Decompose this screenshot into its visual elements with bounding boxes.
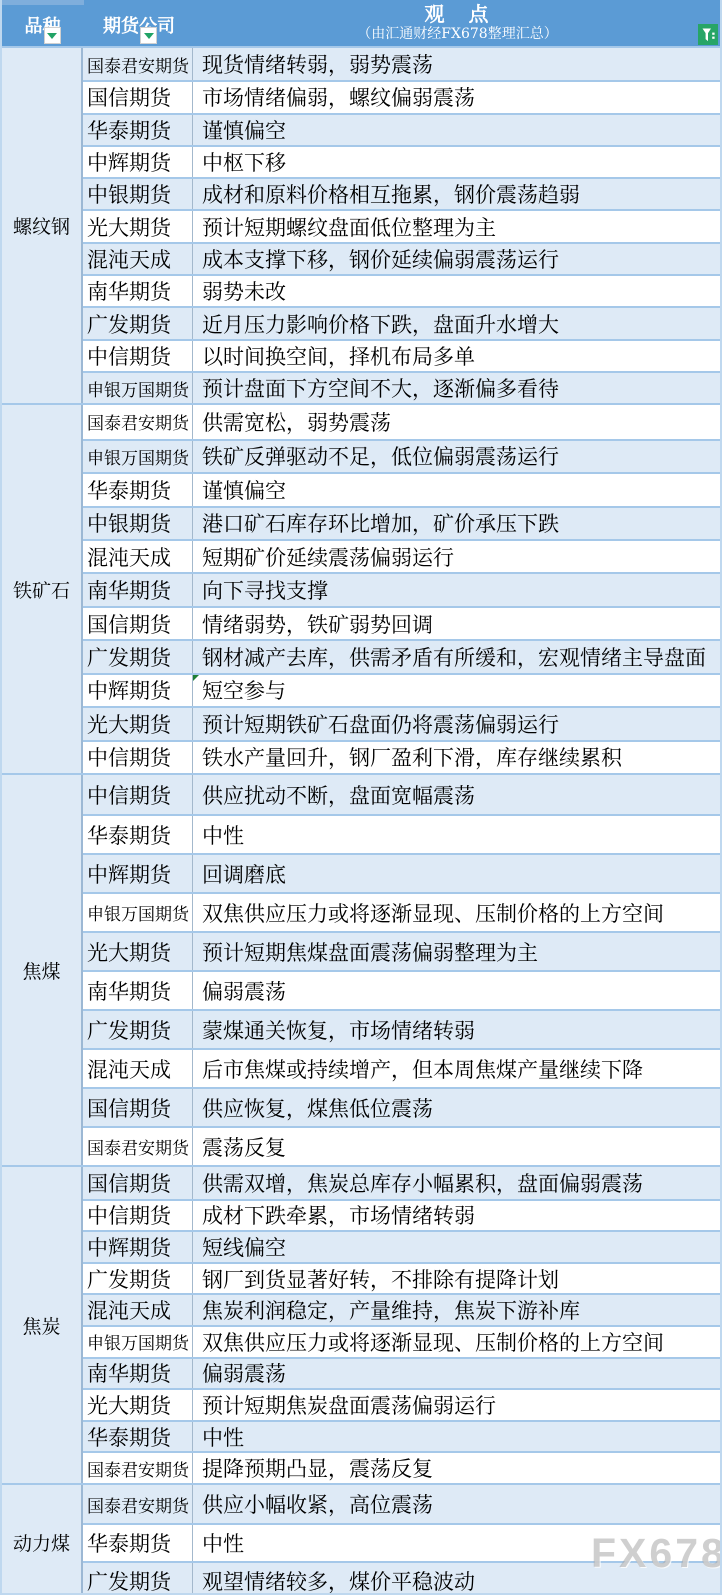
company-cell: 中信期货 <box>83 1201 193 1231</box>
company-cell: 中辉期货 <box>83 1232 193 1262</box>
opinion-cell: 情绪弱势，铁矿弱势回调 <box>193 608 720 639</box>
variety-cell: 动力煤 <box>2 1485 83 1595</box>
company-cell: 国信期货 <box>83 1089 193 1126</box>
opinion-cell: 后市焦煤或持续增产，但本周焦煤产量继续下降 <box>193 1050 720 1087</box>
opinion-cell: 铁水产量回升，钢厂盈利下滑，库存继续累积 <box>193 742 720 773</box>
table-row: 国信期货市场情绪偏弱，螺纹偏弱震荡 <box>83 80 720 112</box>
section-rows: 国信期货供需双增，焦炭总库存小幅累积，盘面偏弱震荡中信期货成材下跌牵累，市场情绪… <box>83 1167 720 1483</box>
company-cell: 国泰君安期货 <box>83 48 193 80</box>
opinion-cell: 观望情绪较多，煤价平稳波动 <box>193 1563 720 1595</box>
table-row: 申银万国期货铁矿反弹驱动不足，低位偏弱震荡运行 <box>83 439 720 472</box>
opinion-cell: 中枢下移 <box>193 147 720 177</box>
commodity-section: 焦煤中信期货供应扰动不断，盘面宽幅震荡华泰期货中性中辉期货回调磨底申银万国期货双… <box>2 773 720 1165</box>
company-cell: 中辉期货 <box>83 855 193 892</box>
table-row: 南华期货向下寻找支撑 <box>83 572 720 605</box>
chevron-down-icon <box>144 33 154 39</box>
variety-label: 动力煤 <box>13 1529 70 1556</box>
company-cell: 申银万国期货 <box>83 894 193 931</box>
company-cell: 中辉期货 <box>83 147 193 177</box>
opinion-cell: 市场情绪偏弱，螺纹偏弱震荡 <box>193 82 720 112</box>
table-row: 国信期货情绪弱势，铁矿弱势回调 <box>83 606 720 639</box>
opinion-cell: 弱势未改 <box>193 276 720 306</box>
company-cell: 国信期货 <box>83 608 193 639</box>
table-row: 国泰君安期货现货情绪转弱，弱势震荡 <box>83 48 720 80</box>
opinion-cell: 向下寻找支撑 <box>193 574 720 605</box>
company-cell: 混沌天成 <box>83 1050 193 1087</box>
table-row: 光大期货预计短期螺纹盘面低位整理为主 <box>83 209 720 241</box>
company-cell: 南华期货 <box>83 276 193 306</box>
opinion-cell: 供应恢复，煤焦低位震荡 <box>193 1089 720 1126</box>
table-row: 国信期货供应恢复，煤焦低位震荡 <box>83 1087 720 1126</box>
table-row: 南华期货弱势未改 <box>83 274 720 306</box>
opinion-cell: 供应小幅收紧，高位震荡 <box>193 1485 720 1523</box>
opinion-cell: 供应扰动不断，盘面宽幅震荡 <box>193 775 720 814</box>
futures-opinion-table: 品种 期货公司 观 点 （由汇通财经FX678整理汇总） 螺纹钢国泰君安期货现货 <box>0 0 722 1595</box>
company-cell: 混沌天成 <box>83 1295 193 1325</box>
opinion-cell: 以时间换空间，择机布局多单 <box>193 341 720 371</box>
table-row: 广发期货观望情绪较多，煤价平稳波动 <box>83 1561 720 1595</box>
commodity-section: 铁矿石国泰君安期货供需宽松，弱势震荡申银万国期货铁矿反弹驱动不足，低位偏弱震荡运… <box>2 403 720 773</box>
company-cell: 广发期货 <box>83 1011 193 1048</box>
table-row: 华泰期货中性 <box>83 1523 720 1561</box>
variety-label: 焦炭 <box>22 1312 60 1339</box>
table-row: 国泰君安期货震荡反复 <box>83 1126 720 1165</box>
company-cell: 南华期货 <box>83 574 193 605</box>
company-cell: 申银万国期货 <box>83 441 193 472</box>
table-row: 中信期货成材下跌牵累，市场情绪转弱 <box>83 1199 720 1231</box>
company-cell: 广发期货 <box>83 1264 193 1294</box>
table-row: 中信期货铁水产量回升，钢厂盈利下滑，库存继续累积 <box>83 740 720 773</box>
opinion-cell: 回调磨底 <box>193 855 720 892</box>
opinion-cell: 蒙煤通关恢复，市场情绪转弱 <box>193 1011 720 1048</box>
table-row: 南华期货偏弱震荡 <box>83 1357 720 1389</box>
opinion-cell: 中性 <box>193 1525 720 1561</box>
opinion-cell: 双焦供应压力或将逐渐显现、压制价格的上方空间 <box>193 894 720 931</box>
opinion-cell: 短期矿价延续震荡偏弱运行 <box>193 541 720 572</box>
table-row: 申银万国期货预计盘面下方空间不大，逐渐偏多看待 <box>83 371 720 403</box>
table-row: 广发期货近月压力影响价格下跌，盘面升水增大 <box>83 306 720 338</box>
company-cell: 华泰期货 <box>83 115 193 145</box>
table-row: 中银期货成材和原料价格相互拖累，钢价震荡趋弱 <box>83 177 720 209</box>
company-cell: 广发期货 <box>83 308 193 338</box>
table-row: 华泰期货谨慎偏空 <box>83 113 720 145</box>
company-cell: 光大期货 <box>83 708 193 739</box>
company-cell: 国信期货 <box>83 82 193 112</box>
table-row: 光大期货预计短期焦煤盘面震荡偏弱整理为主 <box>83 931 720 970</box>
company-cell: 华泰期货 <box>83 1525 193 1561</box>
section-rows: 国泰君安期货现货情绪转弱，弱势震荡国信期货市场情绪偏弱，螺纹偏弱震荡华泰期货谨慎… <box>83 48 720 403</box>
section-rows: 国泰君安期货供应小幅收紧，高位震荡华泰期货中性广发期货观望情绪较多，煤价平稳波动 <box>83 1485 720 1595</box>
company-cell: 国泰君安期货 <box>83 1453 193 1483</box>
opinion-cell: 供需宽松，弱势震荡 <box>193 405 720 438</box>
company-cell: 光大期货 <box>83 933 193 970</box>
opinion-cell: 预计短期螺纹盘面低位整理为主 <box>193 211 720 241</box>
opinion-cell: 中性 <box>193 816 720 853</box>
header-opinion-label: 观 点 <box>425 3 491 26</box>
opinion-cell: 短线偏空 <box>193 1232 720 1262</box>
table-row: 国泰君安期货供应小幅收紧，高位震荡 <box>83 1485 720 1523</box>
table-row: 中信期货供应扰动不断，盘面宽幅震荡 <box>83 775 720 814</box>
table-row: 国泰君安期货供需宽松，弱势震荡 <box>83 405 720 438</box>
chevron-down-icon <box>47 33 57 39</box>
opinion-cell: 近月压力影响价格下跌，盘面升水增大 <box>193 308 720 338</box>
company-cell: 混沌天成 <box>83 541 193 572</box>
opinion-cell: 偏弱震荡 <box>193 1359 720 1389</box>
opinion-cell: 谨慎偏空 <box>193 474 720 505</box>
company-cell: 中银期货 <box>83 508 193 539</box>
opinion-cell: 双焦供应压力或将逐渐显现、压制价格的上方空间 <box>193 1327 720 1357</box>
company-cell: 国信期货 <box>83 1167 193 1199</box>
table-row: 广发期货钢厂到货显著好转，不排除有提降计划 <box>83 1262 720 1294</box>
table-row: 广发期货钢材减产去库，供需矛盾有所缓和，宏观情绪主导盘面 <box>83 639 720 672</box>
header-opinion-subtitle: （由汇通财经FX678整理汇总） <box>357 26 557 42</box>
table-row: 混沌天成焦炭利润稳定，产量维持，焦炭下游补库 <box>83 1293 720 1325</box>
company-cell: 中信期货 <box>83 341 193 371</box>
variety-label: 焦煤 <box>22 957 60 984</box>
company-cell: 国泰君安期货 <box>83 1485 193 1523</box>
table-row: 混沌天成成本支撑下移，钢价延续偏弱震荡运行 <box>83 242 720 274</box>
opinion-cell: 港口矿石库存环比增加，矿价承压下跌 <box>193 508 720 539</box>
table-row: 国信期货供需双增，焦炭总库存小幅累积，盘面偏弱震荡 <box>83 1167 720 1199</box>
table-row: 国泰君安期货提降预期凸显，震荡反复 <box>83 1451 720 1483</box>
table-row: 光大期货预计短期焦炭盘面震荡偏弱运行 <box>83 1388 720 1420</box>
opinion-cell: 中性 <box>193 1422 720 1452</box>
company-cell: 华泰期货 <box>83 474 193 505</box>
commodity-section: 螺纹钢国泰君安期货现货情绪转弱，弱势震荡国信期货市场情绪偏弱，螺纹偏弱震荡华泰期… <box>2 46 720 403</box>
company-cell: 广发期货 <box>83 641 193 672</box>
company-cell: 华泰期货 <box>83 1422 193 1452</box>
section-rows: 中信期货供应扰动不断，盘面宽幅震荡华泰期货中性中辉期货回调磨底申银万国期货双焦供… <box>83 775 720 1165</box>
company-cell: 光大期货 <box>83 1390 193 1420</box>
table-row: 光大期货预计短期铁矿石盘面仍将震荡偏弱运行 <box>83 706 720 739</box>
company-cell: 中银期货 <box>83 179 193 209</box>
variety-filter-dropdown-button[interactable] <box>44 27 61 44</box>
company-cell: 南华期货 <box>83 972 193 1009</box>
header-company-label: 期货公司 <box>83 0 195 38</box>
opinion-cell: 成本支撑下移，钢价延续偏弱震荡运行 <box>193 244 720 274</box>
opinion-cell: 预计短期焦煤盘面震荡偏弱整理为主 <box>193 933 720 970</box>
company-cell: 国泰君安期货 <box>83 405 193 438</box>
table-row: 混沌天成短期矿价延续震荡偏弱运行 <box>83 539 720 572</box>
header-company: 期货公司 <box>83 0 195 46</box>
variety-cell: 铁矿石 <box>2 405 83 773</box>
table-row: 中辉期货短线偏空 <box>83 1230 720 1262</box>
company-cell: 中辉期货 <box>83 675 193 706</box>
table-row: 华泰期货中性 <box>83 1420 720 1452</box>
opinion-cell: 偏弱震荡 <box>193 972 720 1009</box>
company-cell: 申银万国期货 <box>83 1327 193 1357</box>
header-opinion: 观 点 （由汇通财经FX678整理汇总） <box>195 0 720 46</box>
opinion-cell: 预计短期铁矿石盘面仍将震荡偏弱运行 <box>193 708 720 739</box>
opinion-cell: 钢材减产去库，供需矛盾有所缓和，宏观情绪主导盘面 <box>193 641 720 672</box>
company-cell: 中信期货 <box>83 775 193 814</box>
opinion-cell: 成材下跌牵累，市场情绪转弱 <box>193 1201 720 1231</box>
header-variety: 品种 <box>2 0 83 46</box>
table-row: 华泰期货中性 <box>83 814 720 853</box>
variety-label: 螺纹钢 <box>13 212 70 239</box>
opinion-cell: 预计盘面下方空间不大，逐渐偏多看待 <box>193 373 720 403</box>
table-row: 申银万国期货双焦供应压力或将逐渐显现、压制价格的上方空间 <box>83 1325 720 1357</box>
table-header: 品种 期货公司 观 点 （由汇通财经FX678整理汇总） <box>2 0 720 46</box>
variety-cell: 焦炭 <box>2 1167 83 1483</box>
opinion-cell: 焦炭利润稳定，产量维持，焦炭下游补库 <box>193 1295 720 1325</box>
table-row: 中信期货以时间换空间，择机布局多单 <box>83 339 720 371</box>
table-row: 中辉期货回调磨底 <box>83 853 720 892</box>
company-filter-dropdown-button[interactable] <box>140 27 157 44</box>
table-row: 申银万国期货双焦供应压力或将逐渐显现、压制价格的上方空间 <box>83 892 720 931</box>
opinion-cell: 铁矿反弹驱动不足，低位偏弱震荡运行 <box>193 441 720 472</box>
variety-cell: 螺纹钢 <box>2 48 83 403</box>
company-cell: 华泰期货 <box>83 816 193 853</box>
company-cell: 南华期货 <box>83 1359 193 1389</box>
header-variety-label: 品种 <box>2 0 83 38</box>
table-row: 南华期货偏弱震荡 <box>83 970 720 1009</box>
table-row: 广发期货蒙煤通关恢复，市场情绪转弱 <box>83 1009 720 1048</box>
variety-cell: 焦煤 <box>2 775 83 1165</box>
opinion-cell: 供需双增，焦炭总库存小幅累积，盘面偏弱震荡 <box>193 1167 720 1199</box>
filter-funnel-icon[interactable] <box>698 24 718 45</box>
company-cell: 光大期货 <box>83 211 193 241</box>
opinion-cell: 预计短期焦炭盘面震荡偏弱运行 <box>193 1390 720 1420</box>
opinion-cell: 提降预期凸显，震荡反复 <box>193 1453 720 1483</box>
company-cell: 混沌天成 <box>83 244 193 274</box>
table-row: 华泰期货谨慎偏空 <box>83 472 720 505</box>
table-row: 中辉期货短空参与 <box>83 673 720 706</box>
table-row: 中银期货港口矿石库存环比增加，矿价承压下跌 <box>83 506 720 539</box>
company-cell: 广发期货 <box>83 1563 193 1595</box>
company-cell: 国泰君安期货 <box>83 1128 193 1165</box>
commodity-section: 焦炭国信期货供需双增，焦炭总库存小幅累积，盘面偏弱震荡中信期货成材下跌牵累，市场… <box>2 1165 720 1483</box>
opinion-cell: 现货情绪转弱，弱势震荡 <box>193 48 720 80</box>
opinion-cell: 震荡反复 <box>193 1128 720 1165</box>
opinion-cell comment-flag-icon: 短空参与 <box>193 675 720 706</box>
opinion-cell: 钢厂到货显著好转，不排除有提降计划 <box>193 1264 720 1294</box>
commodity-section: 动力煤国泰君安期货供应小幅收紧，高位震荡华泰期货中性广发期货观望情绪较多，煤价平… <box>2 1483 720 1595</box>
section-rows: 国泰君安期货供需宽松，弱势震荡申银万国期货铁矿反弹驱动不足，低位偏弱震荡运行华泰… <box>83 405 720 773</box>
company-cell: 中信期货 <box>83 742 193 773</box>
opinion-cell: 成材和原料价格相互拖累，钢价震荡趋弱 <box>193 179 720 209</box>
company-cell: 申银万国期货 <box>83 373 193 403</box>
table-row: 混沌天成后市焦煤或持续增产，但本周焦煤产量继续下降 <box>83 1048 720 1087</box>
table-row: 中辉期货中枢下移 <box>83 145 720 177</box>
opinion-cell: 谨慎偏空 <box>193 115 720 145</box>
variety-label: 铁矿石 <box>13 576 70 603</box>
table-body: 螺纹钢国泰君安期货现货情绪转弱，弱势震荡国信期货市场情绪偏弱，螺纹偏弱震荡华泰期… <box>2 46 720 1595</box>
